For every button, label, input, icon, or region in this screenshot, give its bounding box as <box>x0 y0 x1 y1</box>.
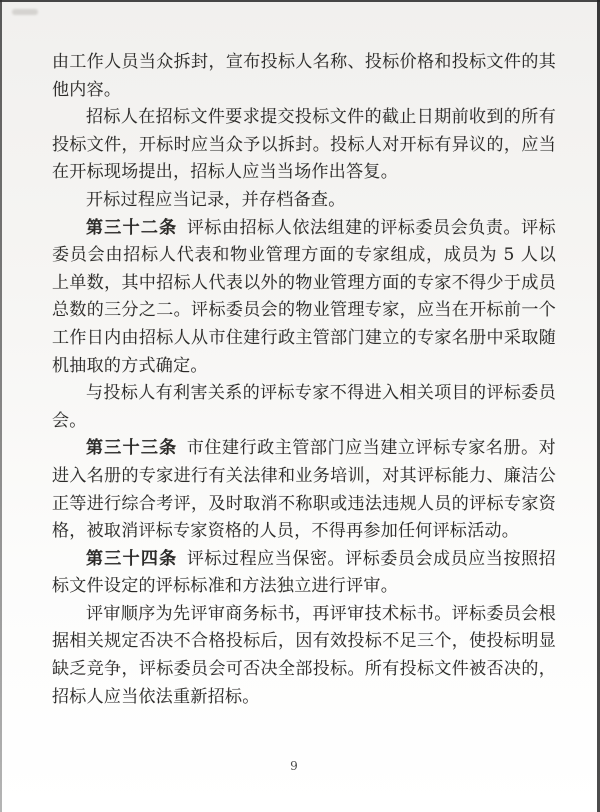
article-number: 第三十二条 <box>86 218 177 238</box>
article-paragraph: 第三十四条评标过程应当保密。评标委员会成员应当按照招标文件设定的评标标准和方法独… <box>52 546 556 601</box>
body-paragraph: 评审顺序为先评审商务标书，再评审技术标书。评标委员会根据相关规定否决不合格投标后… <box>52 601 556 711</box>
body-paragraph: 招标人在招标文件要求提交投标文件的截止日期前收到的所有投标文件，开标时应当众予以… <box>52 104 556 187</box>
scan-smudge-artifact <box>12 9 38 15</box>
paragraph-text: 开标过程应当记录，并存档备查。 <box>86 190 346 210</box>
scan-edge-top <box>0 0 600 2</box>
page-number: 9 <box>0 759 588 773</box>
body-paragraph: 与投标人有利害关系的评标专家不得进入相关项目的评标委员会。 <box>52 380 556 435</box>
scan-edge-left <box>0 0 2 812</box>
document-page: 由工作人员当众拆封，宣布投标人名称、投标价格和投标文件的其他内容。招标人在招标文… <box>0 0 600 812</box>
document-text-block: 由工作人员当众拆封，宣布投标人名称、投标价格和投标文件的其他内容。招标人在招标文… <box>52 49 556 711</box>
paragraph-text: 与投标人有利害关系的评标专家不得进入相关项目的评标委员会。 <box>52 383 556 431</box>
paragraph-text: 评审顺序为先评审商务标书，再评审技术标书。评标委员会根据相关规定否决不合格投标后… <box>52 604 556 707</box>
paragraph-text: 评标由招标人依法组建的评标委员会负责。评标委员会由招标人代表和物业管理方面的专家… <box>52 218 556 376</box>
article-paragraph: 第三十三条市住建行政主管部门应当建立评标专家名册。对进入名册的专家进行有关法律和… <box>52 435 556 545</box>
paragraph-text: 由工作人员当众拆封，宣布投标人名称、投标价格和投标文件的其他内容。 <box>52 52 556 100</box>
body-paragraph: 由工作人员当众拆封，宣布投标人名称、投标价格和投标文件的其他内容。 <box>52 49 556 104</box>
paragraph-text: 招标人在招标文件要求提交投标文件的截止日期前收到的所有投标文件，开标时应当众予以… <box>52 107 556 182</box>
article-number: 第三十三条 <box>86 438 177 458</box>
article-number: 第三十四条 <box>86 549 177 569</box>
article-paragraph: 第三十二条评标由招标人依法组建的评标委员会负责。评标委员会由招标人代表和物业管理… <box>52 215 556 381</box>
body-paragraph: 开标过程应当记录，并存档备查。 <box>52 187 556 215</box>
